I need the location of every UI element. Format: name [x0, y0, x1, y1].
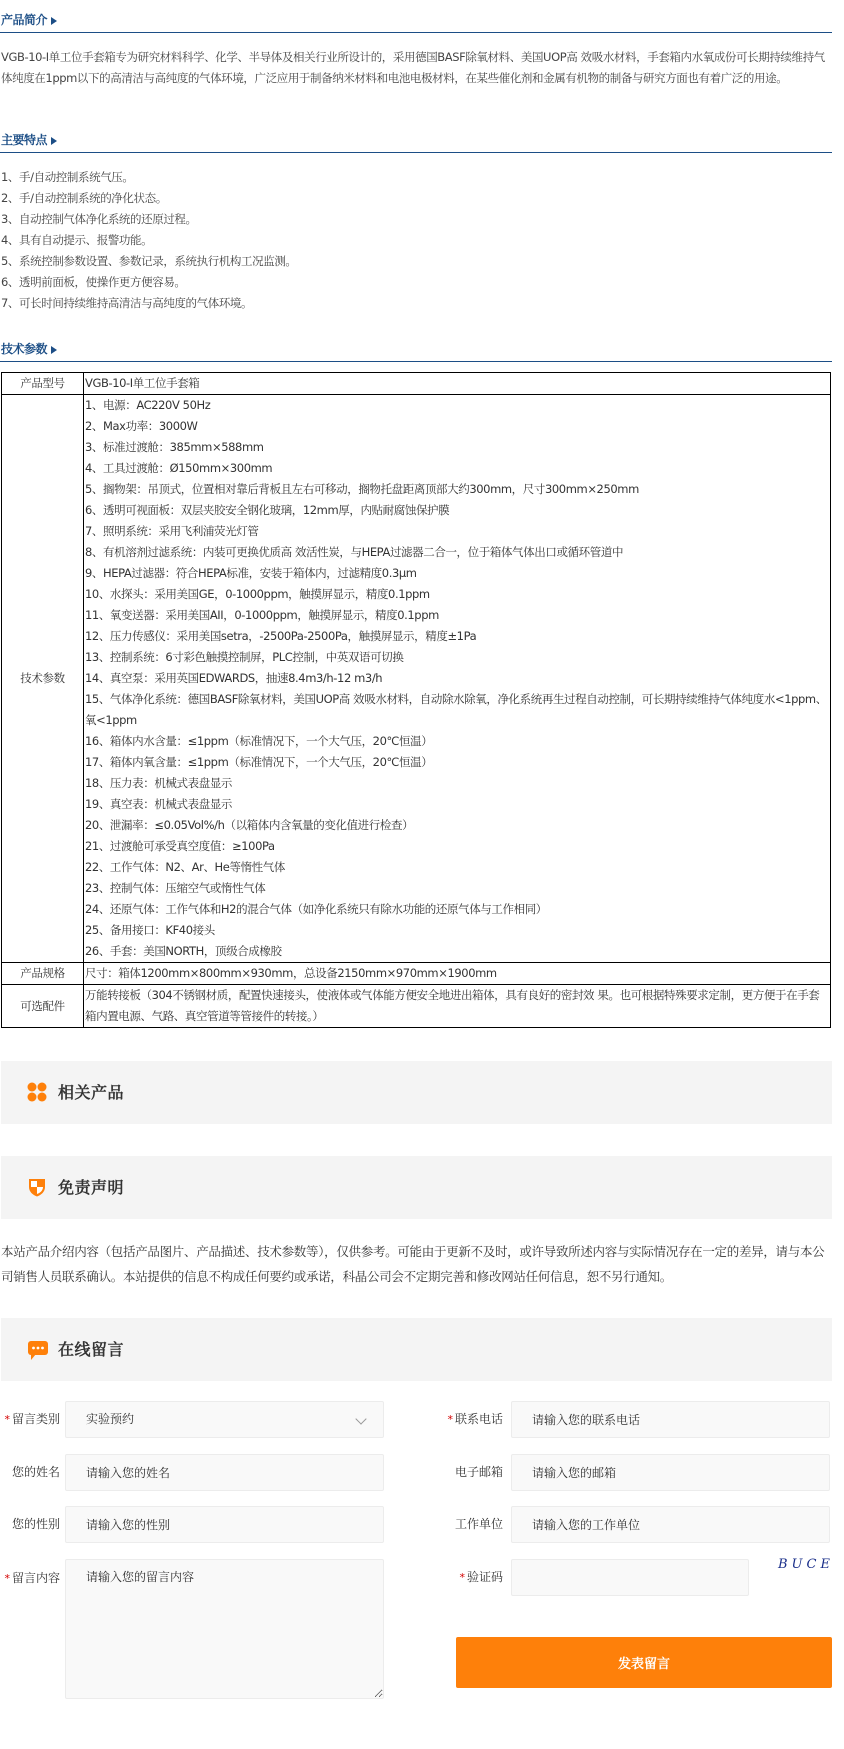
required-asterisk: *: [459, 1571, 465, 1584]
param-item: 25、备用接口：KF40接头: [85, 920, 830, 941]
list-item: 4、具有自动提示、报警功能。: [1, 230, 831, 251]
param-item: 8、有机溶剂过滤系统：内装可更换优质高 效活性炭，与HEPA过滤器二合一，位于箱…: [85, 542, 830, 563]
table-row: 产品型号 VGB-10-I单工位手套箱: [2, 373, 831, 395]
list-item: 1、手/自动控制系统气压。: [1, 167, 831, 188]
shield-icon: [27, 1177, 47, 1197]
param-item: 10、水探头：采用美国GE，0-1000ppm，触摸屏显示，精度0.1ppm: [85, 584, 830, 605]
param-item: 13、控制系统：6寸彩色触摸控制屏，PLC控制，中英双语可切换: [85, 647, 830, 668]
row-value: 尺寸：箱体1200mm×800mm×930mm，总设备2150mm×970mm×…: [84, 963, 831, 985]
message-title: 在线留言: [58, 1337, 124, 1360]
param-item: 16、箱体内水含量：≤1ppm（标准情况下，一个大气压，20℃恒温）: [85, 731, 830, 752]
param-item: 19、真空表：机械式表盘显示: [85, 794, 830, 815]
submit-message-button[interactable]: 发表留言: [456, 1637, 832, 1688]
category-select[interactable]: 实验预约: [65, 1401, 384, 1438]
row-label: 技术参数: [2, 395, 84, 963]
row-value: 万能转接板（304不锈钢材质，配置快速接头，使液体或气体能方便安全地进出箱体，具…: [84, 985, 831, 1028]
disclaimer-text: 本站产品介绍内容（包括产品图片、产品描述、技术参数等），仅供参考。可能由于更新不…: [1, 1239, 831, 1289]
param-item: 12、压力传感仪：采用美国setra，-2500Pa-2500Pa，触摸屏显示，…: [85, 626, 830, 647]
captcha-label: *验证码: [443, 1559, 503, 1595]
chevron-down-icon: [355, 1413, 366, 1424]
list-item: 7、可长时间持续维持高清洁与高纯度的气体环境。: [1, 293, 831, 314]
list-item: 6、透明前面板，使操作更方便容易。: [1, 272, 831, 293]
required-asterisk: *: [4, 1413, 10, 1426]
row-value: VGB-10-I单工位手套箱: [84, 373, 831, 395]
section-header-features: 主要特点: [0, 123, 832, 153]
related-products-title: 相关产品: [58, 1080, 124, 1103]
section-header-specs: 技术参数: [0, 332, 832, 362]
param-item: 14、真空泵：采用英国EDWARDS，抽速8.4m3/h-12 m3/h: [85, 668, 830, 689]
param-item: 26、手套：美国NORTH，顶级合成橡胶: [85, 941, 830, 962]
param-item: 17、箱体内氧含量：≤1ppm（标准情况下，一个大气压，20℃恒温）: [85, 752, 830, 773]
section-header-intro: 产品简介: [0, 3, 832, 33]
gender-input[interactable]: [65, 1506, 384, 1543]
list-item: 2、手/自动控制系统的净化状态。: [1, 188, 831, 209]
features-list: 1、手/自动控制系统气压。 2、手/自动控制系统的净化状态。 3、自动控制气体净…: [1, 167, 831, 314]
row-label: 可选配件: [2, 985, 84, 1028]
email-label: 电子邮箱: [443, 1454, 503, 1490]
param-item: 11、氧变送器：采用美国AII，0-1000ppm，触摸屏显示，精度0.1ppm: [85, 605, 830, 626]
param-item: 18、压力表：机械式表盘显示: [85, 773, 830, 794]
chat-bubble-icon: [27, 1339, 47, 1359]
table-row: 产品规格 尺寸：箱体1200mm×800mm×930mm，总设备2150mm×9…: [2, 963, 831, 985]
name-input[interactable]: [65, 1454, 384, 1491]
table-row: 可选配件 万能转接板（304不锈钢材质，配置快速接头，使液体或气体能方便安全地进…: [2, 985, 831, 1028]
param-item: 15、气体净化系统：德国BASF除氧材料，美国UOP高 效吸水材料，自动除水除氧…: [85, 689, 830, 731]
company-label: 工作单位: [443, 1506, 503, 1542]
table-row: 技术参数 1、电源：AC220V 50Hz 2、Max功率：3000W 3、标准…: [2, 395, 831, 963]
triangle-right-icon: [51, 137, 57, 145]
param-item: 23、控制气体：压缩空气或惰性气体: [85, 878, 830, 899]
captcha-image[interactable]: BUCE: [778, 1557, 834, 1572]
list-item: 3、自动控制气体净化系统的还原过程。: [1, 209, 831, 230]
clover-icon: [27, 1082, 47, 1102]
name-label: 您的姓名: [0, 1454, 60, 1490]
required-asterisk: *: [4, 1572, 10, 1585]
content-textarea[interactable]: [65, 1559, 384, 1699]
phone-input[interactable]: [511, 1401, 830, 1438]
param-item: 2、Max功率：3000W: [85, 416, 830, 437]
param-item: 21、过渡舱可承受真空度值：≥100Pa: [85, 836, 830, 857]
param-item: 9、HEPA过滤器：符合HEPA标准，安装于箱体内，过滤精度0.3μm: [85, 563, 830, 584]
row-value: 1、电源：AC220V 50Hz 2、Max功率：3000W 3、标准过渡舱：3…: [84, 395, 831, 963]
param-item: 1、电源：AC220V 50Hz: [85, 395, 830, 416]
gender-label: 您的性别: [0, 1506, 60, 1542]
row-label: 产品型号: [2, 373, 84, 395]
param-item: 7、照明系统：采用飞利浦荧光灯管: [85, 521, 830, 542]
company-input[interactable]: [511, 1506, 830, 1543]
row-label: 产品规格: [2, 963, 84, 985]
param-item: 5、搁物架：吊顶式，位置相对靠后背板且左右可移动，搁物托盘距离顶部大约300mm…: [85, 479, 830, 500]
spec-table: 产品型号 VGB-10-I单工位手套箱 技术参数 1、电源：AC220V 50H…: [1, 372, 831, 1028]
category-label: *留言类别: [0, 1401, 60, 1437]
disclaimer-title: 免责声明: [58, 1175, 124, 1198]
param-item: 22、工作气体：N2、Ar、He等惰性气体: [85, 857, 830, 878]
param-item: 20、泄漏率：≤0.05Vol%/h（以箱体内含氧量的变化值进行检查）: [85, 815, 830, 836]
section-title: 产品简介: [1, 11, 57, 28]
content-label: *留言内容: [0, 1568, 60, 1588]
captcha-input[interactable]: [511, 1559, 749, 1596]
param-item: 6、透明可视面板：双层夹胶安全钢化玻璃，12mm厚，内贴耐腐蚀保护膜: [85, 500, 830, 521]
param-item: 24、还原气体：工作气体和H2的混合气体（如净化系统只有除水功能的还原气体与工作…: [85, 899, 830, 920]
required-asterisk: *: [447, 1413, 453, 1426]
section-title: 主要特点: [1, 131, 57, 148]
phone-label: *联系电话: [443, 1401, 503, 1437]
param-item: 3、标准过渡舱：385mm×588mm: [85, 437, 830, 458]
email-input[interactable]: [511, 1454, 830, 1491]
message-header: 在线留言: [1, 1318, 832, 1381]
related-products-header: 相关产品: [1, 1061, 832, 1124]
triangle-right-icon: [51, 346, 57, 354]
disclaimer-header: 免责声明: [1, 1156, 832, 1219]
param-item: 4、工具过渡舱：Ø150mm×300mm: [85, 458, 830, 479]
list-item: 5、系统控制参数设置、参数记录，系统执行机构工况监测。: [1, 251, 831, 272]
intro-text: VGB-10-I单工位手套箱专为研究材料科学、化学、半导体及相关行业所设计的，采…: [1, 47, 831, 89]
triangle-right-icon: [51, 17, 57, 25]
section-title: 技术参数: [1, 340, 57, 357]
